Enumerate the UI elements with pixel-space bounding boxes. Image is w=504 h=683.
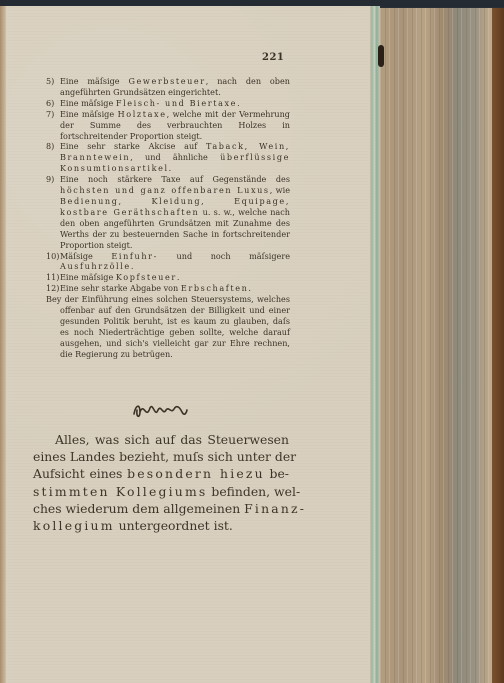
text-line: eines Landes bezieht, muſs sich unter de… [33, 448, 289, 465]
list-item: 5)Eine mäſsige Gewerbsteuer, nach den ob… [46, 76, 290, 98]
list-item: 9)Eine noch stärkere Taxe auf Gegenständ… [46, 174, 290, 250]
list-item: 8)Eine sehr starke Akcise auf Taback, We… [46, 141, 290, 174]
ink-stain [378, 45, 384, 67]
list-item-number: 10) [46, 251, 60, 273]
page-block-edge [380, 8, 492, 683]
list-item-text: Eine mäſsige Holztaxe, welche mit der Ve… [60, 109, 290, 142]
tax-list: 5)Eine mäſsige Gewerbsteuer, nach den ob… [46, 76, 290, 294]
list-item: 12)Eine sehr starke Abgabe von Erbschaft… [46, 283, 290, 294]
list-item: 6)Eine mäſsige Fleisch- und Biertaxe. [46, 98, 290, 109]
leather-cover [492, 8, 504, 683]
list-item-number: 9) [46, 174, 60, 250]
closing-paragraph: Bey der Einführung eines solchen Steuers… [46, 294, 290, 359]
list-item: 7)Eine mäſsige Holztaxe, welche mit der … [46, 109, 290, 142]
text-line: Aufsicht eines besondern hiezu be- [33, 465, 289, 482]
flourish-ornament-icon [130, 400, 190, 422]
text-line: stimmten Kollegiums befinden, wel- [33, 483, 289, 500]
list-item-number: 11) [46, 272, 60, 283]
list-item-text: Eine mäſsige Gewerbsteuer, nach den oben… [60, 76, 290, 98]
page-edge-green [370, 6, 380, 683]
text-line: ches wiederum dem allgemeinen Finanz- [33, 500, 289, 517]
list-item-number: 7) [46, 109, 60, 142]
text-line: Alles, was sich auf das Steuerwesen [33, 431, 289, 448]
list-item-text: Eine mäſsige Fleisch- und Biertaxe. [60, 98, 290, 109]
list-item-number: 5) [46, 76, 60, 98]
list-item-text: Mäſsige Einfuhr- und noch mäſsigere Ausf… [60, 251, 290, 273]
list-item: 10)Mäſsige Einfuhr- und noch mäſsigere A… [46, 251, 290, 273]
list-item-text: Eine mäſsige Kopfsteuer. [60, 272, 290, 283]
main-paragraph: Alles, was sich auf das Steuerweseneines… [33, 431, 289, 534]
text-line: kollegium untergeordnet ist. [33, 517, 289, 534]
page-number: 221 [262, 52, 284, 63]
page-gutter [0, 6, 6, 683]
list-item: 11)Eine mäſsige Kopfsteuer. [46, 272, 290, 283]
list-item-number: 6) [46, 98, 60, 109]
list-item-number: 8) [46, 141, 60, 174]
list-item-text: Eine sehr starke Abgabe von Erbschaften. [60, 283, 290, 294]
list-item-number: 12) [46, 283, 60, 294]
list-item-text: Eine sehr starke Akcise auf Taback, Wein… [60, 141, 290, 174]
list-item-text: Eine noch stärkere Taxe auf Gegenstände … [60, 174, 290, 250]
tax-list-block: 5)Eine mäſsige Gewerbsteuer, nach den ob… [46, 76, 290, 360]
